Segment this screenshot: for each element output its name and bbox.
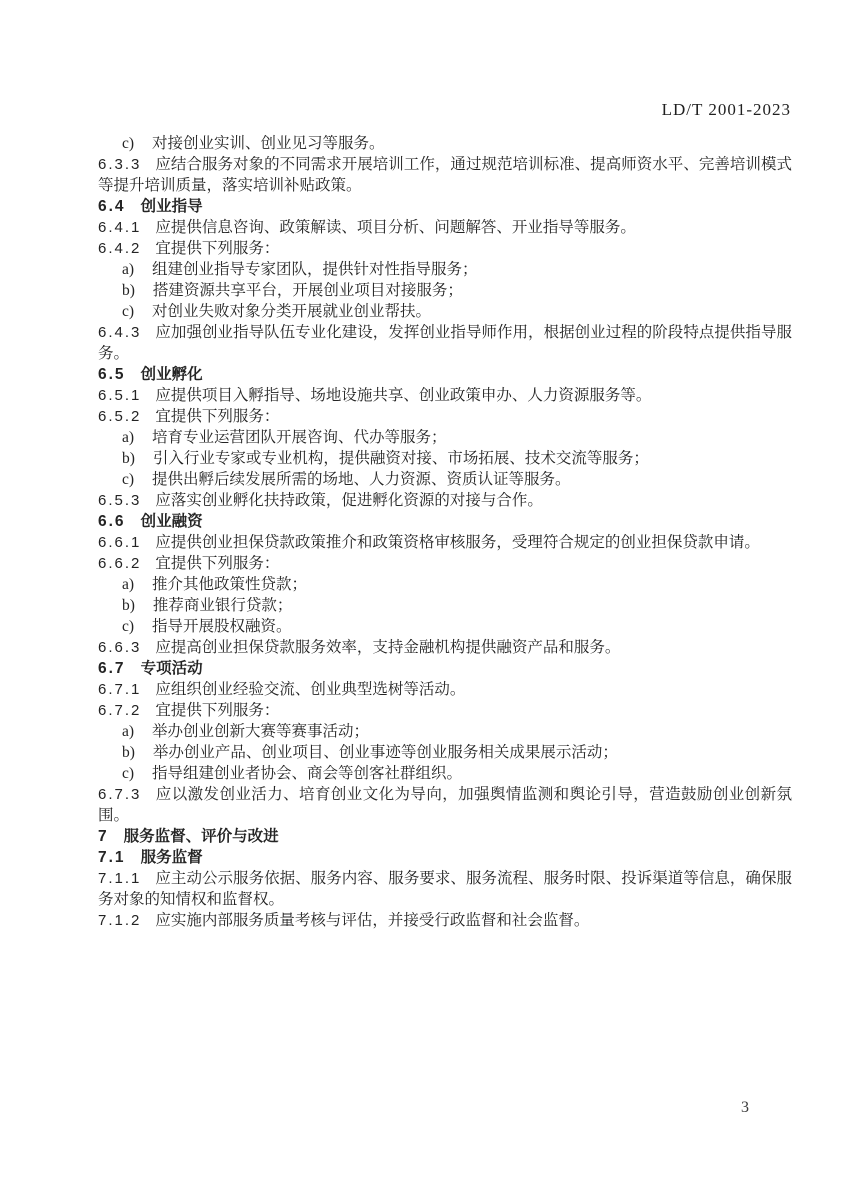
list-item-label: a) — [122, 576, 134, 593]
clause-paragraph: 6.6.3应提高创业担保贷款服务效率，支持金融机构提供融资产品和服务。 — [98, 637, 792, 658]
clause-paragraph: 6.4.1应提供信息咨询、政策解读、项目分析、问题解答、开业指导等服务。 — [98, 217, 792, 238]
list-item-text: 指导开展股权融资。 — [152, 618, 292, 635]
list-item-label: b) — [122, 744, 135, 761]
list-item: b)举办创业产品、创业项目、创业事迹等创业服务相关成果展示活动； — [98, 742, 792, 763]
list-item-label: c) — [122, 135, 134, 152]
clause-paragraph: 6.7.1应组织创业经验交流、创业典型选树等活动。 — [98, 679, 792, 700]
list-item: c)指导开展股权融资。 — [98, 616, 792, 637]
heading-number: 7.1 — [98, 849, 126, 866]
subsection-heading: 6.5创业孵化 — [98, 364, 792, 385]
clause-text: 应提供项目入孵指导、场地设施共享、创业政策申办、人力资源服务等。 — [155, 387, 651, 404]
clause-paragraph: 6.5.2宜提供下列服务： — [98, 406, 792, 427]
heading-number: 6.6 — [98, 513, 126, 530]
heading-title: 服务监督、评价与改进 — [124, 828, 279, 845]
heading-number: 6.4 — [98, 198, 126, 215]
heading-number: 7 — [98, 828, 109, 845]
clause-paragraph: 6.6.2宜提供下列服务： — [98, 553, 792, 574]
list-item: a)举办创业创新大赛等赛事活动； — [98, 721, 792, 742]
clause-paragraph: 6.6.1应提供创业担保贷款政策推介和政策资格审核服务，受理符合规定的创业担保贷… — [98, 532, 792, 553]
heading-title: 服务监督 — [141, 849, 203, 866]
list-item-label: a) — [122, 723, 134, 740]
list-item: c)对创业失败对象分类开展就业创业帮扶。 — [98, 301, 792, 322]
clause-paragraph: 6.7.3应以激发创业活力、培育创业文化为导向，加强舆情监测和舆论引导，营造鼓励… — [98, 784, 792, 826]
clause-paragraph: 6.3.3应结合服务对象的不同需求开展培训工作，通过规范培训标准、提高师资水平、… — [98, 154, 792, 196]
list-item: a)推介其他政策性贷款； — [98, 574, 792, 595]
clause-number: 6.7.1 — [98, 681, 141, 698]
clause-text: 应提供创业担保贷款政策推介和政策资格审核服务，受理符合规定的创业担保贷款申请。 — [155, 534, 760, 551]
list-item-text: 引入行业专家或专业机构，提供融资对接、市场拓展、技术交流等服务； — [153, 450, 649, 467]
clause-text: 宜提供下列服务： — [155, 702, 279, 719]
clause-number: 6.5.1 — [98, 387, 141, 404]
heading-title: 创业融资 — [141, 513, 203, 530]
clause-number: 6.7.3 — [98, 786, 141, 803]
heading-number: 6.7 — [98, 660, 126, 677]
heading-title: 专项活动 — [141, 660, 203, 677]
list-item-text: 组建创业指导专家团队，提供针对性指导服务； — [152, 261, 478, 278]
list-item: a)组建创业指导专家团队，提供针对性指导服务； — [98, 259, 792, 280]
clause-number: 6.4.1 — [98, 219, 141, 236]
clause-paragraph: 6.5.1应提供项目入孵指导、场地设施共享、创业政策申办、人力资源服务等。 — [98, 385, 792, 406]
list-item-label: c) — [122, 765, 134, 782]
clause-text: 应落实创业孵化扶持政策，促进孵化资源的对接与合作。 — [155, 492, 543, 509]
subsection-heading: 6.4创业指导 — [98, 196, 792, 217]
list-item-text: 举办创业产品、创业项目、创业事迹等创业服务相关成果展示活动； — [153, 744, 618, 761]
list-item-label: b) — [122, 450, 135, 467]
list-item: b)推荐商业银行贷款； — [98, 595, 792, 616]
document-content: c)对接创业实训、创业见习等服务。6.3.3应结合服务对象的不同需求开展培训工作… — [98, 133, 792, 931]
list-item: c)对接创业实训、创业见习等服务。 — [98, 133, 792, 154]
list-item-label: c) — [122, 471, 134, 488]
list-item-label: c) — [122, 303, 134, 320]
clause-paragraph: 7.1.1应主动公示服务依据、服务内容、服务要求、服务流程、服务时限、投诉渠道等… — [98, 868, 792, 910]
section-heading: 7服务监督、评价与改进 — [98, 826, 792, 847]
clause-text: 应提高创业担保贷款服务效率，支持金融机构提供融资产品和服务。 — [155, 639, 620, 656]
clause-number: 6.6.1 — [98, 534, 141, 551]
clause-number: 6.6.2 — [98, 555, 141, 572]
list-item-label: c) — [122, 618, 134, 635]
clause-paragraph: 6.7.2宜提供下列服务： — [98, 700, 792, 721]
clause-number: 6.4.2 — [98, 240, 141, 257]
heading-number: 6.5 — [98, 366, 126, 383]
clause-number: 6.5.3 — [98, 492, 141, 509]
list-item: a)培育专业运营团队开展咨询、代办等服务； — [98, 427, 792, 448]
clause-text: 应加强创业指导队伍专业化建设，发挥创业指导师作用，根据创业过程的阶段特点提供指导… — [98, 324, 792, 362]
list-item: b)引入行业专家或专业机构，提供融资对接、市场拓展、技术交流等服务； — [98, 448, 792, 469]
list-item-label: a) — [122, 261, 134, 278]
clause-text: 应主动公示服务依据、服务内容、服务要求、服务流程、服务时限、投诉渠道等信息，确保… — [98, 870, 792, 908]
standard-document-page: LD/T 2001-2023 c)对接创业实训、创业见习等服务。6.3.3应结合… — [0, 0, 848, 1200]
list-item-text: 推介其他政策性贷款； — [152, 576, 307, 593]
list-item: b)搭建资源共享平台，开展创业项目对接服务； — [98, 280, 792, 301]
clause-paragraph: 7.1.2应实施内部服务质量考核与评估，并接受行政监督和社会监督。 — [98, 910, 792, 931]
clause-paragraph: 6.4.3应加强创业指导队伍专业化建设，发挥创业指导师作用，根据创业过程的阶段特… — [98, 322, 792, 364]
clause-text: 宜提供下列服务： — [155, 555, 279, 572]
clause-text: 应实施内部服务质量考核与评估，并接受行政监督和社会监督。 — [155, 912, 589, 929]
subsection-heading: 6.6创业融资 — [98, 511, 792, 532]
list-item-text: 培育专业运营团队开展咨询、代办等服务； — [152, 429, 447, 446]
clause-text: 宜提供下列服务： — [155, 240, 279, 257]
clause-text: 应提供信息咨询、政策解读、项目分析、问题解答、开业指导等服务。 — [155, 219, 636, 236]
list-item-label: b) — [122, 597, 135, 614]
heading-title: 创业孵化 — [141, 366, 203, 383]
list-item-text: 指导组建创业者协会、商会等创客社群组织。 — [152, 765, 462, 782]
subsection-heading: 6.7专项活动 — [98, 658, 792, 679]
subsection-heading: 7.1服务监督 — [98, 847, 792, 868]
clause-number: 6.5.2 — [98, 408, 141, 425]
clause-number: 7.1.2 — [98, 912, 141, 929]
clause-paragraph: 6.4.2宜提供下列服务： — [98, 238, 792, 259]
clause-number: 6.7.2 — [98, 702, 141, 719]
clause-text: 应组织创业经验交流、创业典型选树等活动。 — [155, 681, 465, 698]
list-item: c)提供出孵后续发展所需的场地、人力资源、资质认证等服务。 — [98, 469, 792, 490]
list-item-label: b) — [122, 282, 135, 299]
clause-number: 6.3.3 — [98, 156, 141, 173]
list-item-label: a) — [122, 429, 134, 446]
clause-text: 宜提供下列服务： — [155, 408, 279, 425]
page-number: 3 — [741, 1099, 749, 1117]
list-item: c)指导组建创业者协会、商会等创客社群组织。 — [98, 763, 792, 784]
list-item-text: 对创业失败对象分类开展就业创业帮扶。 — [152, 303, 431, 320]
list-item-text: 推荐商业银行贷款； — [153, 597, 293, 614]
clause-number: 7.1.1 — [98, 870, 141, 887]
list-item-text: 举办创业创新大赛等赛事活动； — [152, 723, 369, 740]
clause-text: 应以激发创业活力、培育创业文化为导向，加强舆情监测和舆论引导，营造鼓励创业创新氛… — [98, 786, 792, 824]
doc-number: LD/T 2001-2023 — [662, 100, 791, 120]
clause-number: 6.4.3 — [98, 324, 141, 341]
clause-number: 6.6.3 — [98, 639, 141, 656]
list-item-text: 搭建资源共享平台，开展创业项目对接服务； — [153, 282, 463, 299]
clause-text: 应结合服务对象的不同需求开展培训工作，通过规范培训标准、提高师资水平、完善培训模… — [98, 156, 792, 194]
list-item-text: 提供出孵后续发展所需的场地、人力资源、资质认证等服务。 — [152, 471, 571, 488]
clause-paragraph: 6.5.3应落实创业孵化扶持政策，促进孵化资源的对接与合作。 — [98, 490, 792, 511]
heading-title: 创业指导 — [141, 198, 203, 215]
list-item-text: 对接创业实训、创业见习等服务。 — [152, 135, 385, 152]
